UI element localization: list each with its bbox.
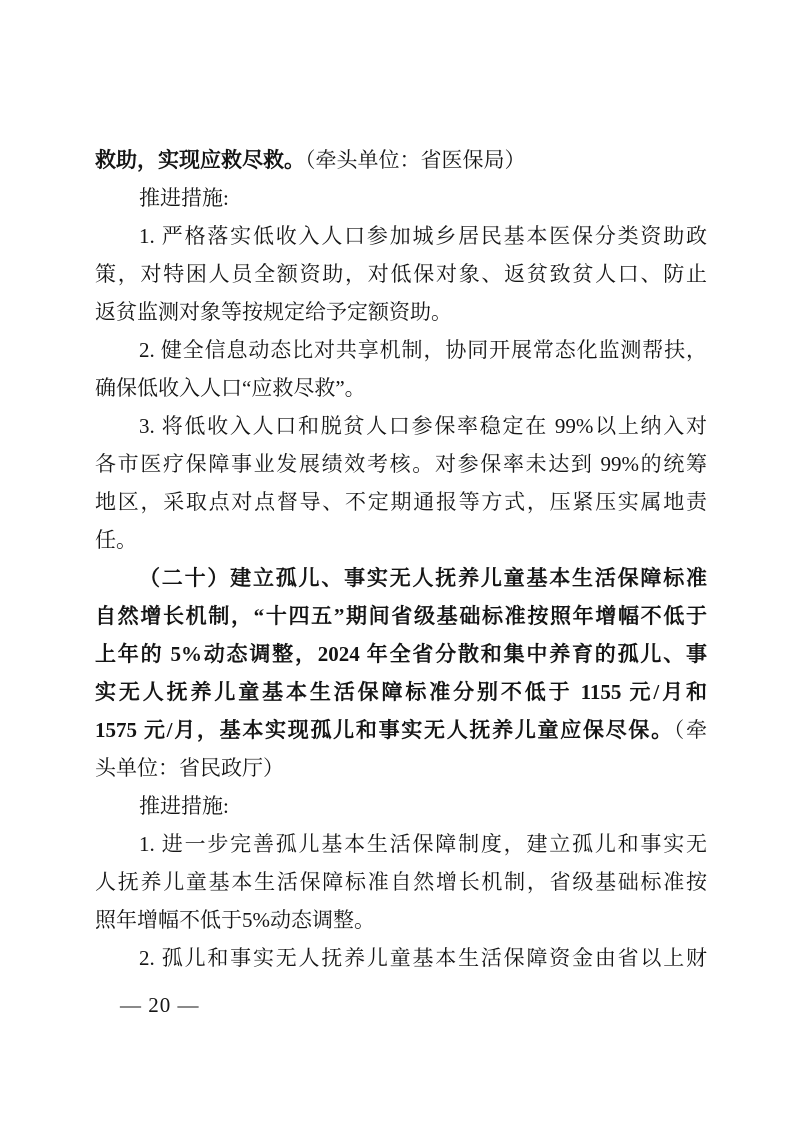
text-segment-body: 地区，采取点对点督导、不定期通报等方式，压紧压实属地责 xyxy=(95,490,707,514)
text-line: （二十）建立孤儿、事实无人抚养儿童基本生活保障标准 xyxy=(95,559,707,597)
text-segment-bold: 实无人抚养儿童基本生活保障标准分别不低于 1155 元/月和 xyxy=(95,680,707,704)
text-line: 推进措施: xyxy=(95,179,707,217)
text-segment-body: 1. 进一步完善孤儿基本生活保障制度，建立孤儿和事实无 xyxy=(139,832,707,856)
text-segment-bold: 自然增长机制，“十四五”期间省级基础标准按照年增幅不低于 xyxy=(95,604,707,628)
text-line: 2. 健全信息动态比对共享机制，协同开展常态化监测帮扶， xyxy=(95,331,707,369)
text-line: 自然增长机制，“十四五”期间省级基础标准按照年增幅不低于 xyxy=(95,597,707,635)
text-line: 返贫监测对象等按规定给予定额资助。 xyxy=(95,293,707,331)
text-line: 任。 xyxy=(95,521,707,559)
text-segment-kai: （牵头单位：省医保局） xyxy=(305,148,526,172)
text-line: 1. 严格落实低收入人口参加城乡居民基本医保分类资助政 xyxy=(95,217,707,255)
text-line: 推进措施: xyxy=(95,787,707,825)
text-segment-body: 推进措施: xyxy=(139,794,229,818)
text-line: 人抚养儿童基本生活保障标准自然增长机制，省级基础标准按 xyxy=(95,863,707,901)
text-segment-body: 返贫监测对象等按规定给予定额资助。 xyxy=(95,300,452,324)
text-segment-bold: 1575 元/月，基本实现孤儿和事实无人抚养儿童应保尽保。 xyxy=(95,718,674,742)
text-segment-body: 照年增幅不低于5%动态调整。 xyxy=(95,908,375,932)
text-line: 策，对特困人员全额资助，对低保对象、返贫致贫人口、防止 xyxy=(95,255,707,293)
text-segment-body: 人抚养儿童基本生活保障标准自然增长机制，省级基础标准按 xyxy=(95,870,707,894)
text-line: 实无人抚养儿童基本生活保障标准分别不低于 1155 元/月和 xyxy=(95,673,707,711)
document-page: 救助，实现应救尽救。（牵头单位：省医保局）推进措施:1. 严格落实低收入人口参加… xyxy=(0,0,793,1122)
document-body: 救助，实现应救尽救。（牵头单位：省医保局）推进措施:1. 严格落实低收入人口参加… xyxy=(95,141,707,977)
text-segment-kai: 头单位：省民政厅） xyxy=(95,756,284,780)
text-line: 确保低收入人口“应救尽救”。 xyxy=(95,369,707,407)
text-segment-kai: （牵 xyxy=(674,718,707,742)
text-line: 救助，实现应救尽救。（牵头单位：省医保局） xyxy=(95,141,707,179)
page-number: — 20 — xyxy=(120,986,200,1024)
text-segment-body: 2. 孤儿和事实无人抚养儿童基本生活保障资金由省以上财 xyxy=(139,946,707,970)
text-line: 1575 元/月，基本实现孤儿和事实无人抚养儿童应保尽保。（牵 xyxy=(95,711,707,749)
text-line: 地区，采取点对点督导、不定期通报等方式，压紧压实属地责 xyxy=(95,483,707,521)
text-segment-bold: （二十）建立孤儿、事实无人抚养儿童基本生活保障标准 xyxy=(139,566,707,590)
text-segment-bold: 救助，实现应救尽救。 xyxy=(95,148,305,172)
text-line: 照年增幅不低于5%动态调整。 xyxy=(95,901,707,939)
text-line: 3. 将低收入人口和脱贫人口参保率稳定在 99%以上纳入对 xyxy=(95,407,707,445)
text-line: 头单位：省民政厅） xyxy=(95,749,707,787)
text-line: 各市医疗保障事业发展绩效考核。对参保率未达到 99%的统筹 xyxy=(95,445,707,483)
text-line: 2. 孤儿和事实无人抚养儿童基本生活保障资金由省以上财 xyxy=(95,939,707,977)
text-segment-body: 各市医疗保障事业发展绩效考核。对参保率未达到 99%的统筹 xyxy=(95,452,707,476)
text-segment-body: 2. 健全信息动态比对共享机制，协同开展常态化监测帮扶， xyxy=(139,338,707,362)
text-segment-body: 任。 xyxy=(95,528,137,552)
text-segment-body: 策，对特困人员全额资助，对低保对象、返贫致贫人口、防止 xyxy=(95,262,707,286)
text-line: 上年的 5%动态调整，2024 年全省分散和集中养育的孤儿、事 xyxy=(95,635,707,673)
text-segment-body: 1. 严格落实低收入人口参加城乡居民基本医保分类资助政 xyxy=(139,224,707,248)
text-segment-body: 推进措施: xyxy=(139,186,229,210)
text-segment-body: 确保低收入人口“应救尽救”。 xyxy=(95,376,366,400)
text-segment-body: 3. 将低收入人口和脱贫人口参保率稳定在 99%以上纳入对 xyxy=(139,414,707,438)
text-line: 1. 进一步完善孤儿基本生活保障制度，建立孤儿和事实无 xyxy=(95,825,707,863)
text-segment-bold: 上年的 5%动态调整，2024 年全省分散和集中养育的孤儿、事 xyxy=(95,642,707,666)
